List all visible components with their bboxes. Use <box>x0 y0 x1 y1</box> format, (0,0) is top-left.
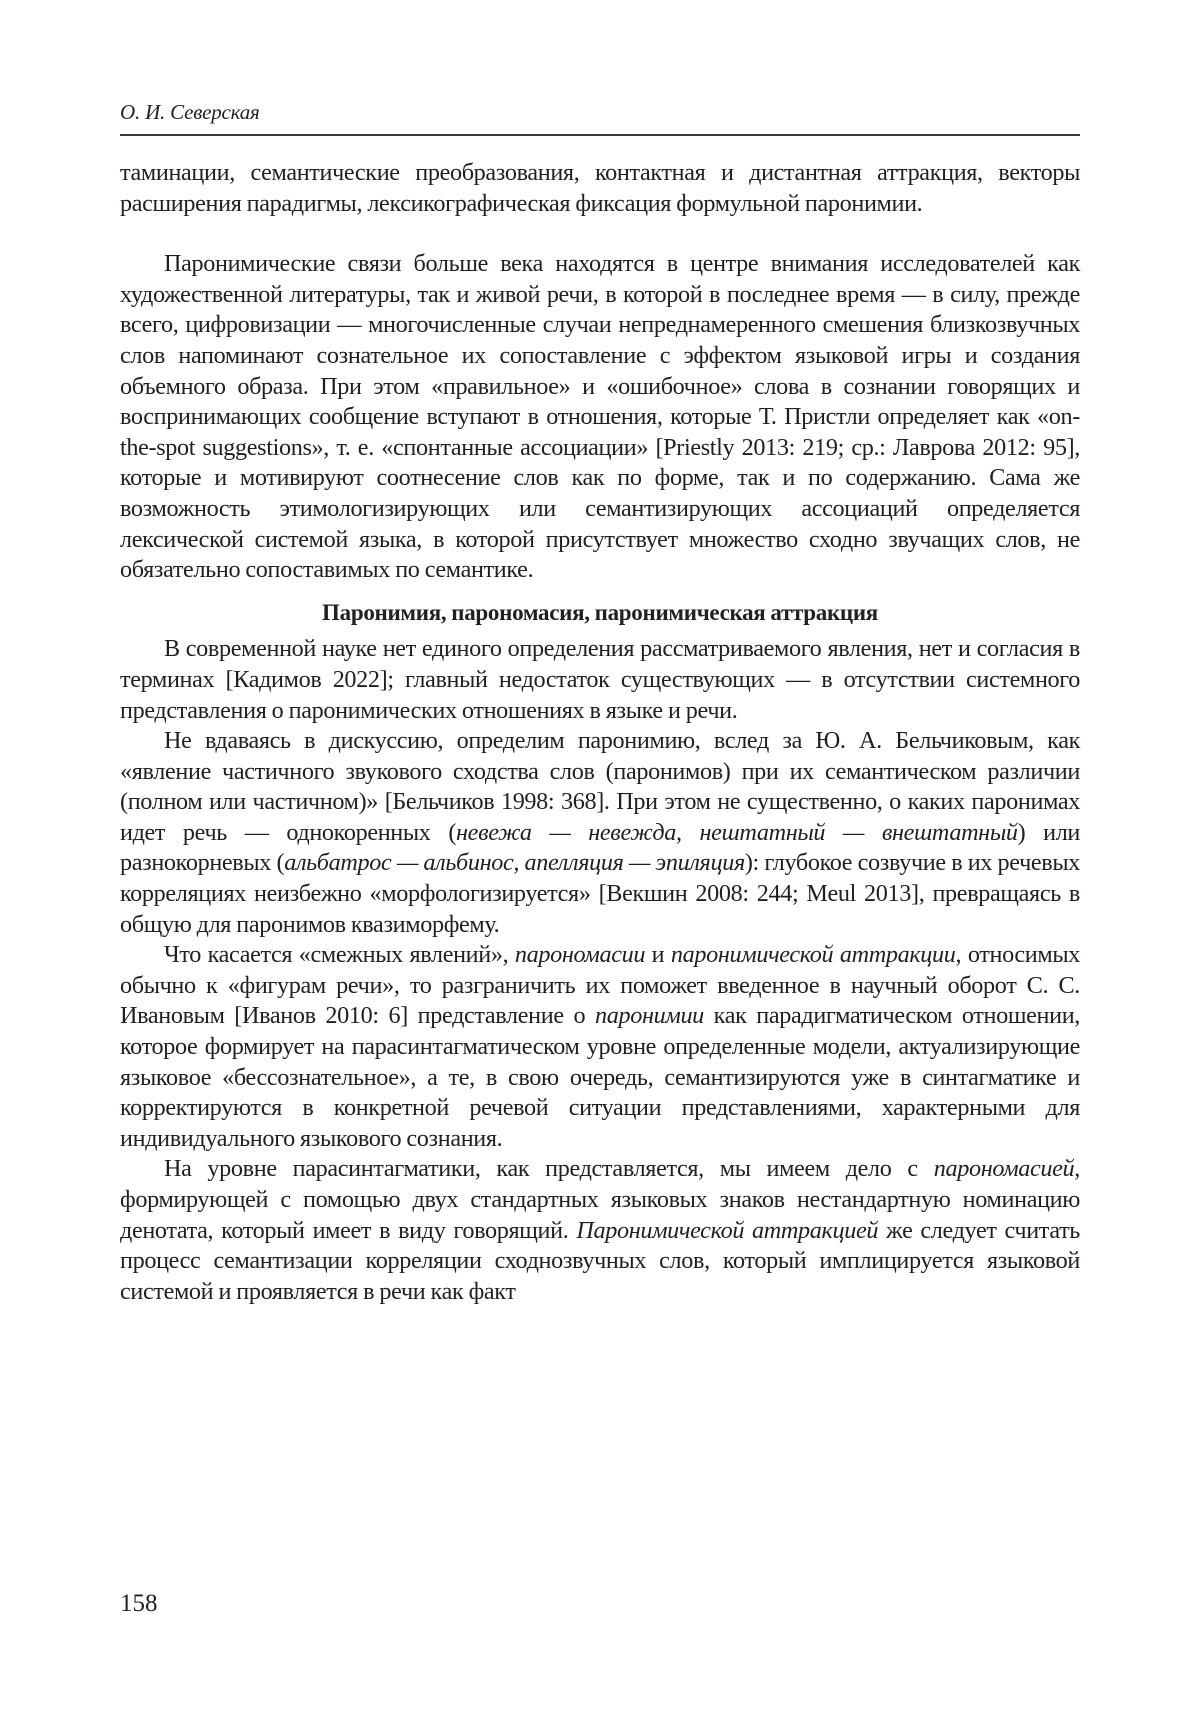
running-head-author: О. И. Северская <box>120 100 1080 125</box>
paragraph-p4: На уровне парасинтагматики, как представ… <box>120 1154 1080 1307</box>
text-run: На уровне парасинтагматики, как представ… <box>164 1155 934 1182</box>
page-number: 158 <box>120 1590 158 1618</box>
italic-term: парономасии <box>515 941 645 968</box>
paragraph-p3: Что касается «смежных явлений», паронома… <box>120 940 1080 1154</box>
italic-term: Паронимической аттракцией <box>576 1217 878 1244</box>
text-run: В современной науке нет единого определе… <box>120 635 1080 723</box>
paragraph-continuation: таминации, семантические преобразования,… <box>120 158 1080 219</box>
italic-term: альбатрос — альбинос, апелляция — эпиляц… <box>284 849 745 876</box>
document-page: О. И. Северская таминации, семантические… <box>120 0 1080 1710</box>
italic-term: паронимической аттракции <box>671 941 956 968</box>
text-run: таминации, семантические преобразования,… <box>120 159 1080 217</box>
text-run: Паронимические связи больше века находят… <box>120 250 1080 583</box>
text-run: и <box>645 941 671 968</box>
text-run: Паронимия, парономасия, паронимическая а… <box>322 600 878 625</box>
paragraph-p1: В современной науке нет единого определе… <box>120 634 1080 726</box>
article-body: таминации, семантические преобразования,… <box>120 158 1080 1307</box>
italic-term: паронимии <box>595 1002 704 1029</box>
italic-term: невежа — невежда, нештатный — внештатный <box>456 819 1018 846</box>
paragraph-spacer <box>120 219 1080 249</box>
header-divider <box>120 134 1080 136</box>
paragraph-intro: Паронимические связи больше века находят… <box>120 249 1080 586</box>
text-run: Что касается «смежных явлений», <box>164 941 515 968</box>
italic-term: парономасией <box>934 1155 1075 1182</box>
paragraph-p2: Не вдаваясь в дискуссию, определим парон… <box>120 726 1080 940</box>
section-heading: Паронимия, парономасия, паронимическая а… <box>120 598 1080 629</box>
